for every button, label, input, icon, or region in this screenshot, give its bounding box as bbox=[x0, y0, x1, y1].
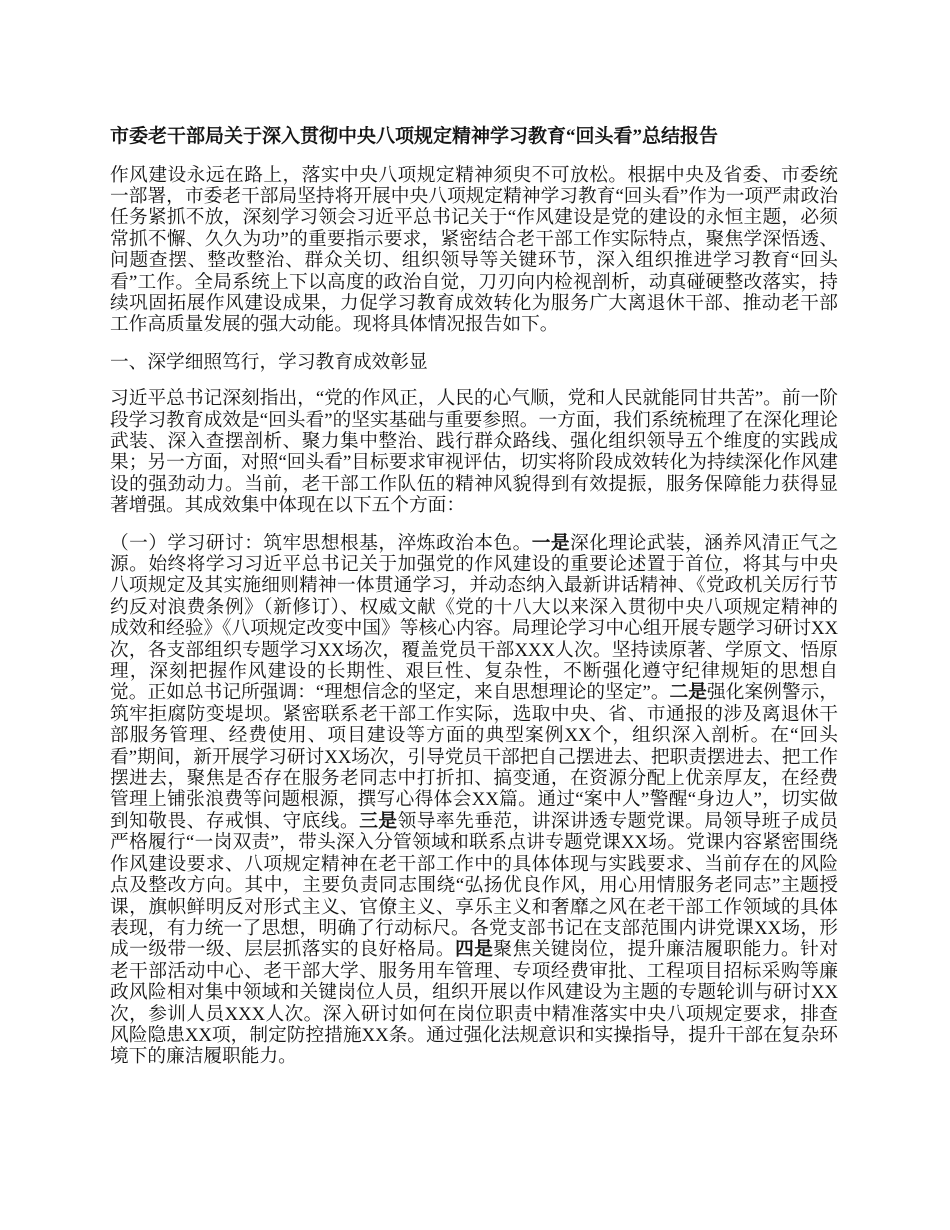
document-page: 市委老干部局关于深入贯彻中央八项规定精神学习教育“回头看”总结报告 作风建设永远… bbox=[0, 0, 950, 1230]
intro-paragraph: 作风建设永远在路上，落实中央八项规定精神须臾不可放松。根据中央及省委、市委统一部… bbox=[110, 165, 838, 336]
point-one-item-3-marker: 三是 bbox=[359, 811, 397, 832]
section-one-overview-paragraph: 习近平总书记深刻指出，“党的作风正，人民的心气顺，党和人民就能同甘共苦”。前一阶… bbox=[110, 388, 838, 516]
point-one-item-1-marker: 一是 bbox=[532, 533, 570, 554]
point-one-item-3-text: 领导率先垂范，讲深讲透专题党课。局领导班子成员严格履行“一岗双责”，带头深入分管… bbox=[110, 811, 838, 960]
point-one-item-4-marker: 四是 bbox=[455, 939, 493, 960]
point-one-item-1-text: 深化理论武装，涵养风清正气之源。始终将学习习近平总书记关于加强党的作风建设的重要… bbox=[110, 533, 838, 704]
document-title: 市委老干部局关于深入贯彻中央八项规定精神学习教育“回头看”总结报告 bbox=[110, 126, 838, 148]
section-one-heading: 一、深学细照笃行，学习教育成效彰显 bbox=[110, 352, 838, 373]
point-one-lead: （一）学习研讨：筑牢思想根基，淬炼政治本色。 bbox=[110, 533, 532, 554]
point-one-paragraph: （一）学习研讨：筑牢思想根基，淬炼政治本色。一是深化理论武装，涵养风清正气之源。… bbox=[110, 533, 838, 1068]
point-one-item-2-text: 强化案例警示，筑牢拒腐防变堤坝。紧密联系老干部工作实际，选取中央、省、市通报的涉… bbox=[110, 682, 838, 831]
point-one-item-2-marker: 二是 bbox=[670, 682, 707, 703]
